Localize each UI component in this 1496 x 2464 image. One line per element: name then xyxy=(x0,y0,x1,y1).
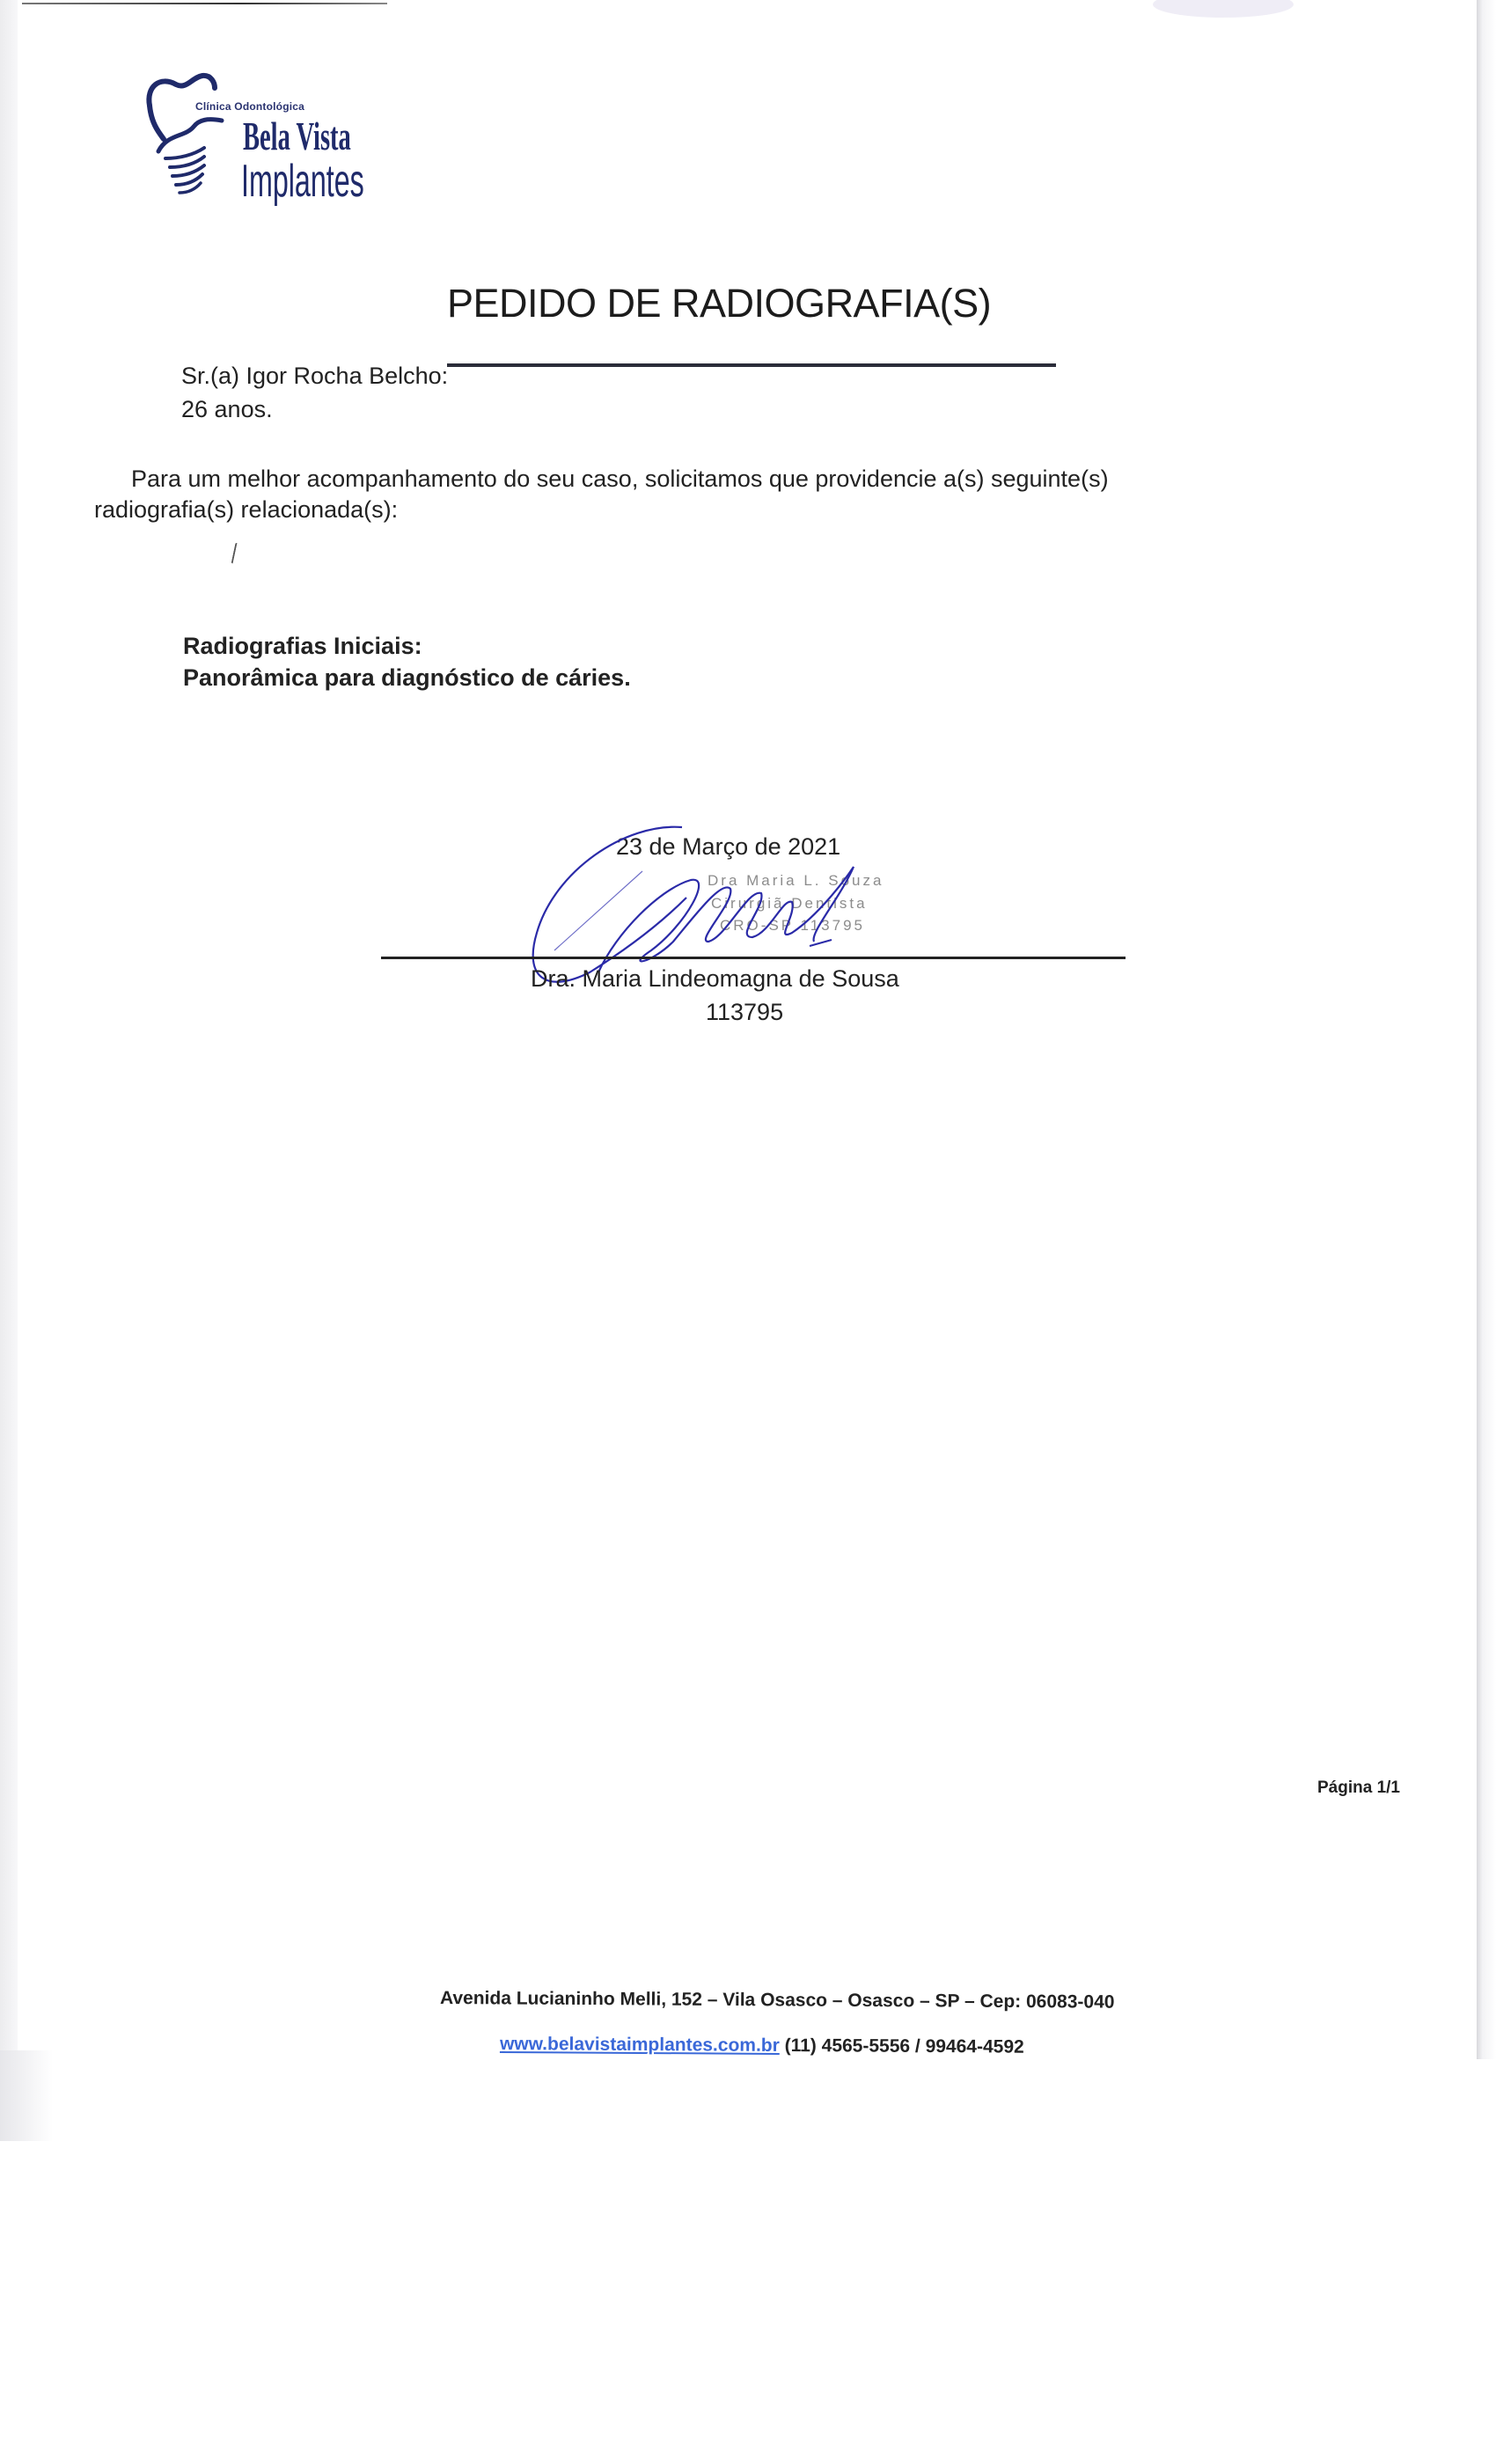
title-underline xyxy=(447,363,1056,367)
logo-name-line1: Bela Vista xyxy=(243,116,351,157)
footer-phones: (11) 4565-5556 / 99464-4592 xyxy=(780,2035,1024,2057)
section-heading: Radiografias Iniciais: xyxy=(183,634,422,658)
logo-subtitle: Clínica Odontológica xyxy=(195,100,304,113)
signer-id: 113795 xyxy=(706,1001,783,1024)
logo-name-line2: Implantes xyxy=(241,158,364,204)
scan-smudge xyxy=(1153,0,1294,18)
patient-name: Sr.(a) Igor Rocha Belcho: xyxy=(181,364,448,388)
footer-address: Avenida Lucianinho Melli, 152 – Vila Osa… xyxy=(440,1988,1115,2013)
signer-name: Dra. Maria Lindeomagna de Sousa xyxy=(531,967,899,991)
scanned-page: Clínica Odontológica Bela Vista Implante… xyxy=(0,0,1496,2141)
request-item: Panorâmica para diagnóstico de cáries. xyxy=(183,666,631,690)
clinic-logo: Clínica Odontológica Bela Vista Implante… xyxy=(141,70,396,211)
patient-age: 26 anos. xyxy=(181,398,273,422)
pen-mark xyxy=(231,543,241,565)
scan-right-edge xyxy=(1477,0,1496,2059)
intro-paragraph-line1: Para um melhor acompanhamento do seu cas… xyxy=(131,467,1109,491)
intro-paragraph-line2: radiografia(s) relacionada(s): xyxy=(94,498,398,522)
page-number: Página 1/1 xyxy=(1317,1778,1400,1798)
document-title: PEDIDO DE RADIOGRAFIA(S) xyxy=(447,283,1056,323)
signature-line xyxy=(381,957,1126,959)
footer-contact: www.belavistaimplantes.com.br (11) 4565-… xyxy=(500,2034,1024,2058)
scan-top-line xyxy=(22,3,387,4)
scan-shadow xyxy=(0,2050,53,2141)
scan-left-edge xyxy=(0,0,18,2141)
website-link[interactable]: www.belavistaimplantes.com.br xyxy=(500,2034,780,2056)
tooth-implant-icon xyxy=(141,70,238,211)
